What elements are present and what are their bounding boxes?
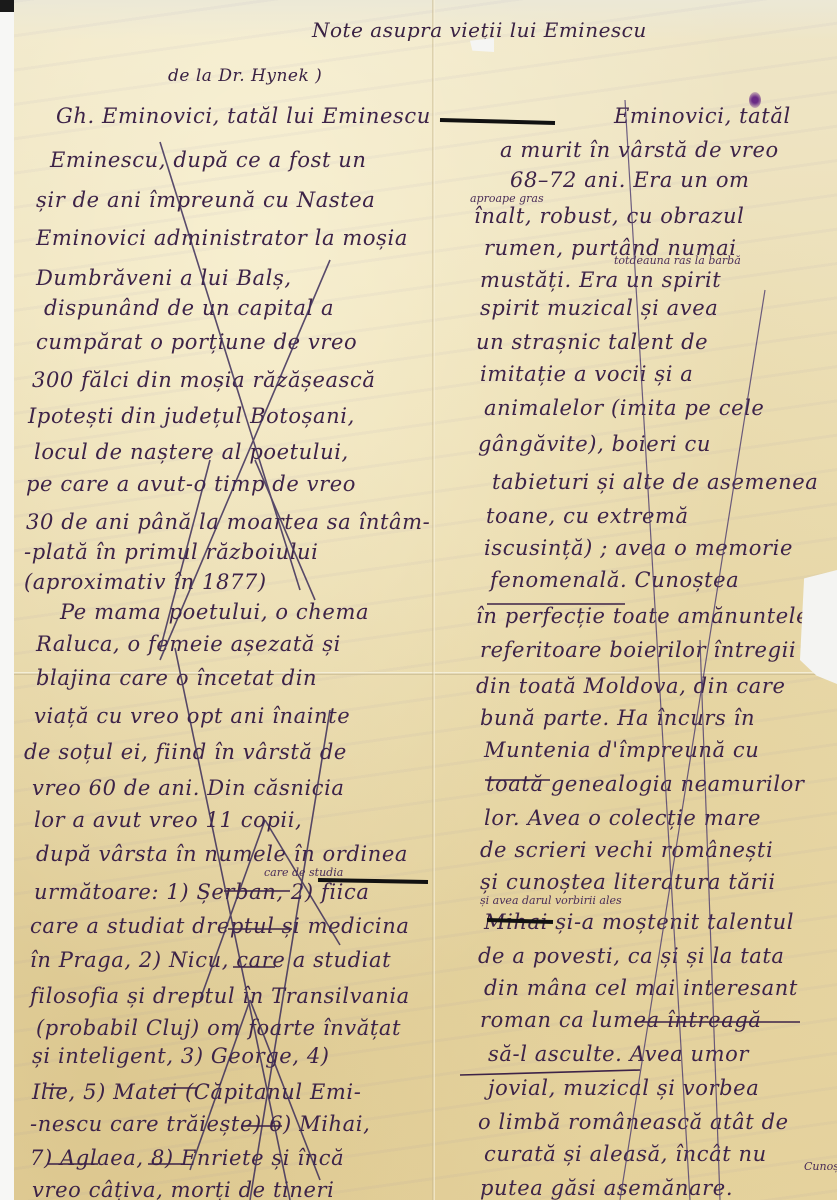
text-line: Gh. Eminovici, tatăl lui Eminescu: [56, 104, 431, 128]
text-line: -plată în primul războiului: [24, 540, 318, 564]
text-line: 300 fălci din moșia răzășească: [32, 368, 375, 392]
text-line: de soțul ei, fiind în vârstă de: [24, 740, 347, 764]
text-line: locul de naștere al poetului,: [34, 440, 349, 464]
text-line: lor. Avea o colecție mare: [484, 806, 761, 830]
interlinear-note: totdeauna ras la barbă: [614, 254, 741, 267]
text-line: 68–72 ani. Era un om: [510, 168, 750, 192]
text-line: Raluca, o femeie așezată și: [36, 632, 341, 656]
text-line: cumpărat o porțiune de vreo: [36, 330, 357, 354]
text-line: referitoare boierilor întregii: [480, 638, 796, 662]
text-line: mustăți. Era un spirit: [480, 268, 721, 292]
text-line: Eminovici administrator la moșia: [36, 226, 408, 250]
text-line: Mihai și-a moștenit talentul: [484, 910, 794, 934]
text-line: jovial, muzical și vorbea: [488, 1076, 759, 1100]
text-line: Eminovici, tatăl: [614, 104, 791, 128]
text-line: animalelor (imita pe cele: [484, 396, 764, 420]
text-line: următoare: 1) Șerban, 2) fiica: [34, 880, 369, 904]
text-line: din toată Moldova, din care: [476, 674, 786, 698]
text-line: imitație a vocii și a: [480, 362, 693, 386]
text-line: (probabil Cluj) om foarte învățat: [36, 1016, 401, 1040]
text-line: după vârsta în numele în ordinea: [36, 842, 408, 866]
text-line: tabieturi și alte de asemenea: [492, 470, 818, 494]
text-line: din mâna cel mai interesant: [484, 976, 798, 1000]
text-line: să-l asculte. Avea umor: [488, 1042, 749, 1066]
text-line: Dumbrăveni a lui Balș,: [36, 266, 292, 290]
text-line: (aproximativ în 1877): [24, 570, 267, 594]
manuscript-page: Note asupra vieții lui Eminescu de la Dr…: [14, 0, 837, 1200]
text-line: de a povesti, ca și și la tata: [478, 944, 785, 968]
text-line: dispunând de un capital a: [44, 296, 334, 320]
text-line: Ipotești din județul Botoșani,: [28, 404, 355, 428]
text-line: iscusință) ; avea o memorie: [484, 536, 793, 560]
text-line: vreo câțiva, morți de tineri: [32, 1178, 334, 1200]
text-line: toane, cu extremă: [486, 504, 689, 528]
text-line: în perfecție toate amănuntele: [476, 604, 809, 628]
text-line: înalt, robust, cu obrazul: [474, 204, 744, 228]
text-line: viață cu vreo opt ani înainte: [34, 704, 350, 728]
text-line: 7) Aglaea, 8) Enriete și încă: [30, 1146, 344, 1170]
text-line: o limbă românească atât de: [478, 1110, 789, 1134]
margin-note: Cunoștea: [804, 1160, 837, 1173]
text-line: un strașnic talent de: [476, 330, 708, 354]
scanner-edge-bar: [0, 0, 14, 12]
interlinear-note: care de studia: [264, 866, 343, 879]
text-line: lor a avut vreo 11 copii,: [34, 808, 302, 832]
page-subtitle: de la Dr. Hynek ): [168, 66, 322, 86]
text-line: pe care a avut-o timp de vreo: [26, 472, 356, 496]
text-line: Ilie, 5) Matei (Căpitanul Emi-: [32, 1080, 361, 1104]
text-line: roman ca lumea întreagă: [480, 1008, 761, 1032]
text-line: Muntenia d'împreună cu: [484, 738, 759, 762]
text-line: putea găsi asemănare.: [480, 1176, 733, 1200]
text-line: fenomenală. Cunoștea: [490, 568, 739, 592]
text-line: curată și aleasă, încât nu: [484, 1142, 767, 1166]
text-line: și cunoștea literatura tării: [480, 870, 776, 894]
text-line: 30 de ani până la moartea sa întâm-: [26, 510, 430, 534]
page-title: Note asupra vieții lui Eminescu: [312, 18, 647, 42]
interlinear-note: și avea darul vorbirii ales: [480, 894, 622, 907]
text-line: a murit în vârstă de vreo: [500, 138, 779, 162]
scanner-margin: [0, 0, 14, 1200]
text-line: blajina care o încetat din: [36, 666, 317, 690]
text-line: toată genealogia neamurilor: [486, 772, 805, 796]
text-line: Eminescu, după ce a fost un: [50, 148, 367, 172]
text-line: care a studiat dreptul și medicina: [30, 914, 409, 938]
text-line: bună parte. Ha încurs în: [480, 706, 755, 730]
text-line: filosofia și dreptul în Transilvania: [30, 984, 410, 1008]
vertical-fold-line: [432, 0, 435, 1200]
text-line: spirit muzical și avea: [480, 296, 718, 320]
text-line: -nescu care trăiește) 6) Mihai,: [30, 1112, 370, 1136]
text-line: vreo 60 de ani. Din căsnicia: [32, 776, 345, 800]
text-line: Pe mama poetului, o chema: [60, 600, 369, 624]
text-line: gângăvite), boieri cu: [478, 432, 711, 456]
text-line: în Praga, 2) Nicu, care a studiat: [30, 948, 391, 972]
text-line: șir de ani împreună cu Nastea: [36, 188, 375, 212]
text-line: și inteligent, 3) George, 4): [32, 1044, 330, 1068]
text-line: de scrieri vechi românești: [480, 838, 773, 862]
